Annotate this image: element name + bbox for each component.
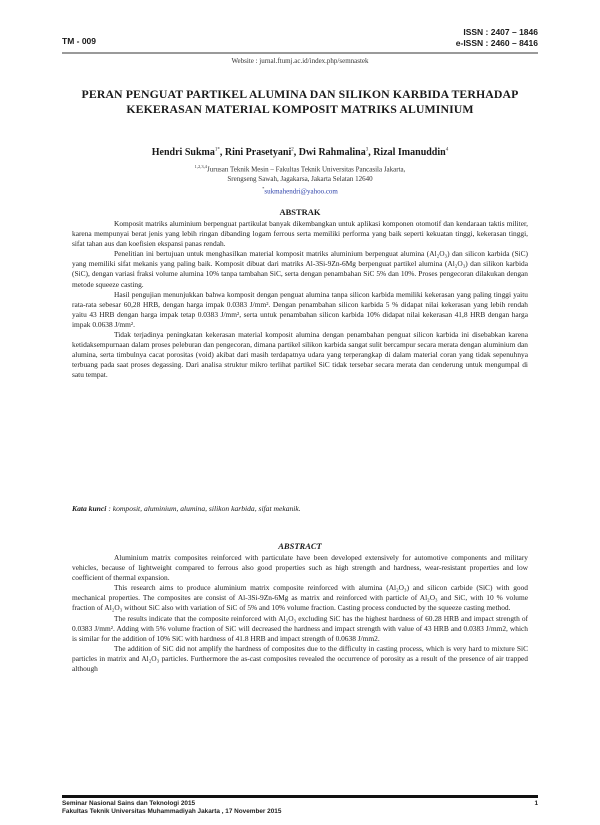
website-link[interactable]: Website : jurnal.ftumj.ac.id/index.php/s…	[0, 57, 600, 65]
abstrak-paragraph: Tidak terjadinya peningkatan kekerasan m…	[72, 330, 528, 380]
author-mark: 4	[446, 148, 449, 153]
abstract-paragraph: Aluminium matrix composites reinforced w…	[72, 553, 528, 583]
footer-venue: Fakultas Teknik Universitas Muhammadiyah…	[62, 808, 538, 816]
abstrak-heading: ABSTRAK	[0, 207, 600, 217]
affiliation-mark: 1,2,3,4	[195, 164, 207, 169]
abstract-heading: ABSTRACT	[0, 541, 600, 551]
author: Rizal Imanuddin	[373, 147, 446, 158]
abstract-paragraph: The addition of SiC did not amplify the …	[72, 644, 528, 674]
issn-block: ISSN : 2407 – 1846 e-ISSN : 2460 – 8416	[456, 27, 538, 49]
paper-code: TM - 009	[62, 36, 96, 46]
page-number: 1	[534, 800, 538, 808]
abstrak-body: Komposit matriks aluminium berpenguat pa…	[72, 219, 528, 381]
paper-title: PERAN PENGUAT PARTIKEL ALUMINA DAN SILIK…	[70, 87, 530, 116]
affiliation: 1,2,3,4Jurusan Teknik Mesin – Fakultas T…	[0, 162, 600, 197]
author-mark: 2	[291, 148, 294, 153]
author-list: Hendri Sukma1*, Rini Prasetyani2, Dwi Ra…	[0, 147, 600, 158]
author-mark: 1*	[215, 148, 220, 153]
affiliation-line: Jurusan Teknik Mesin – Fakultas Teknik U…	[207, 165, 405, 173]
e-issn: e-ISSN : 2460 – 8416	[456, 38, 538, 49]
header-rule	[62, 52, 538, 54]
author-email[interactable]: sukmahendri@yahoo.com	[264, 188, 338, 196]
issn: ISSN : 2407 – 1846	[456, 27, 538, 38]
abstract-paragraph: This research aims to produce aluminium …	[72, 583, 528, 613]
abstract-paragraph: The results indicate that the composite …	[72, 614, 528, 644]
footer-seminar: Seminar Nasional Sains dan Teknologi 201…	[62, 800, 538, 808]
abstract-body: Aluminium matrix composites reinforced w…	[72, 553, 528, 674]
abstrak-paragraph: Penelitian ini bertujuan untuk menghasil…	[72, 249, 528, 289]
author: Rini Prasetyani	[225, 147, 291, 158]
keywords: Kata kunci : komposit, aluminium, alumin…	[72, 504, 528, 513]
footer-rule	[62, 795, 538, 798]
page-footer: Seminar Nasional Sains dan Teknologi 201…	[62, 800, 538, 816]
abstrak-paragraph: Hasil pengujian menunjukkan bahwa kompos…	[72, 290, 528, 330]
abstrak-paragraph: Komposit matriks aluminium berpenguat pa…	[72, 219, 528, 249]
keywords-list: : komposit, aluminium, alumina, silikon …	[108, 504, 300, 513]
keywords-label: Kata kunci	[72, 504, 106, 513]
author-mark: 3	[366, 148, 369, 153]
author: Dwi Rahmalina	[299, 147, 366, 158]
author: Hendri Sukma	[152, 147, 215, 158]
affiliation-address: Srengseng Sawah, Jagakarsa, Jakarta Sela…	[0, 175, 600, 185]
